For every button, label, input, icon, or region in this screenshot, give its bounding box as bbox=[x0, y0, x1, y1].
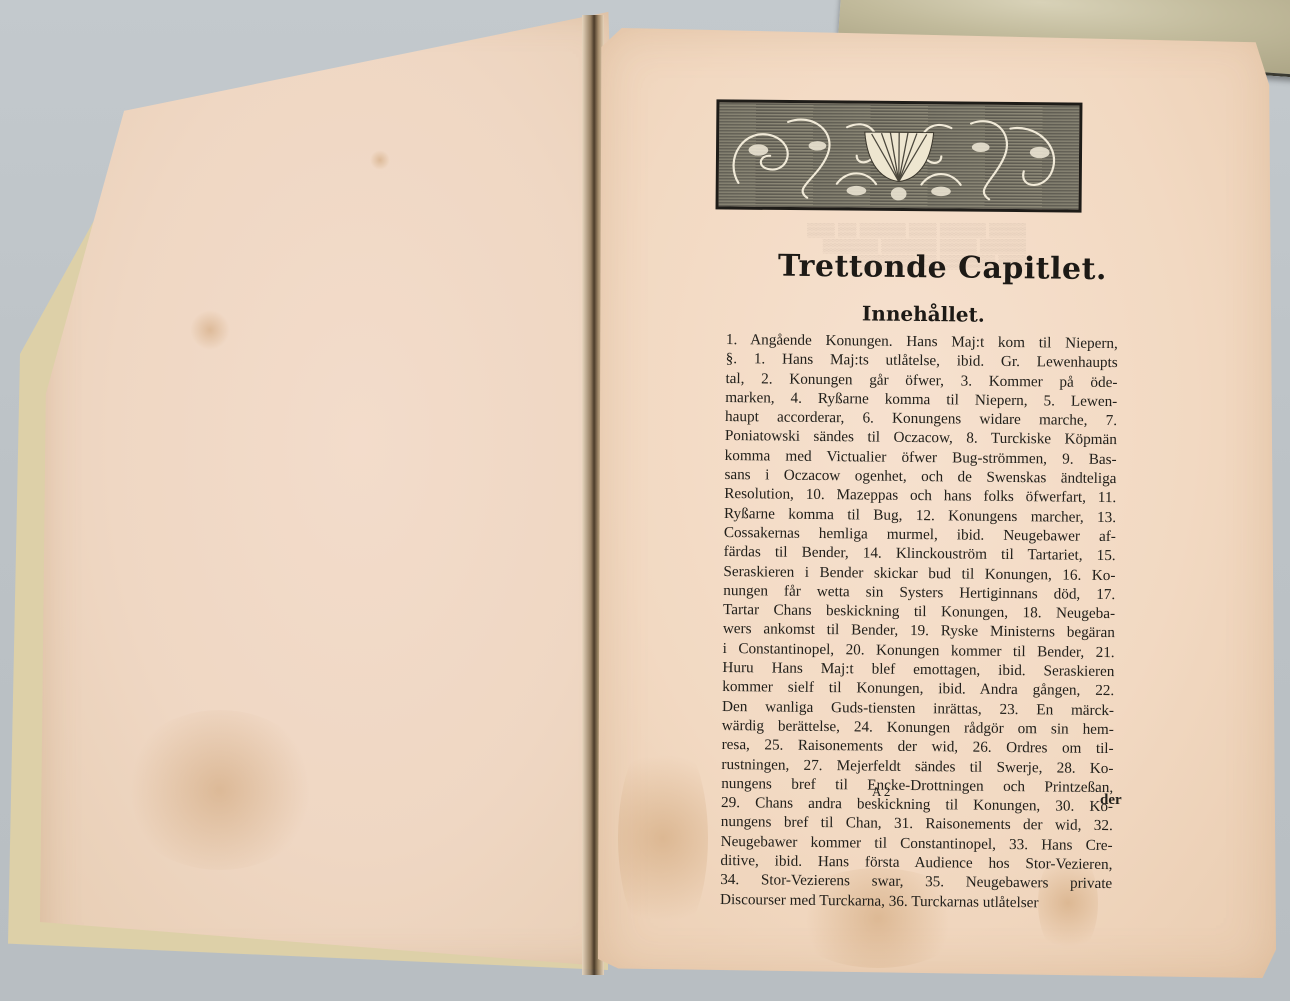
chapter-title: Trettonde Capitlet. bbox=[778, 249, 1038, 287]
text-line: Discourser med Turckarna, 36. Turckarnas… bbox=[720, 890, 1112, 913]
engraved-headpiece-ornament bbox=[716, 99, 1083, 212]
scallop-acanthus-icon bbox=[719, 102, 1080, 209]
contents-heading: Innehållet. bbox=[862, 301, 985, 326]
chapter-contents-summary: 1. Angående Konungen. Hans Maj:t kom til… bbox=[720, 330, 1118, 913]
signature-mark: A 2 bbox=[872, 784, 890, 800]
catchword: der bbox=[1100, 792, 1122, 809]
left-blank-page bbox=[40, 10, 620, 970]
